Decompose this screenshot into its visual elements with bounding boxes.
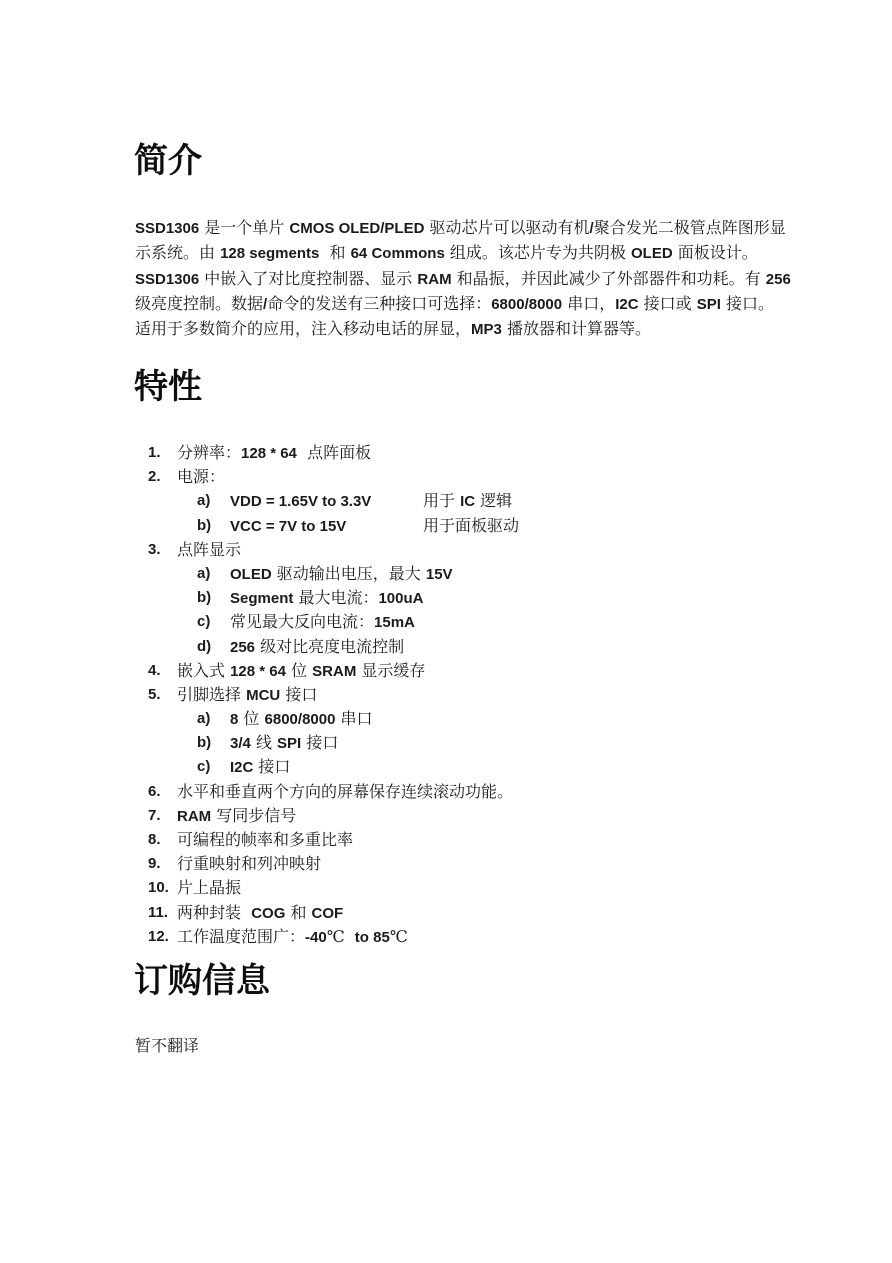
- feature-item: 2.电源：: [135, 465, 815, 489]
- text-run: 聚合发光二极管点阵图形显: [594, 218, 786, 237]
- bold-text-run: 3/4: [230, 735, 251, 752]
- list-marker: 3.: [148, 538, 161, 562]
- text-run: 两种封装: [177, 903, 251, 922]
- list-marker: c): [197, 755, 210, 779]
- bold-text-run: I2C: [230, 759, 253, 776]
- bold-text-run: Segment: [230, 590, 293, 607]
- bold-text-run: 256: [766, 271, 791, 288]
- text-run: 水平和垂直两个方向的屏幕保存连续滚动功能。: [177, 782, 513, 801]
- section-heading-intro: 简介: [134, 141, 202, 181]
- bold-text-run: VDD = 1.65V to 3.3V: [230, 490, 423, 514]
- bold-text-run: RAM: [417, 271, 451, 288]
- text-run: 点阵显示: [177, 540, 241, 559]
- feature-subitem: a)OLED 驱动输出电压，最大 15V: [135, 562, 815, 586]
- list-marker: 8.: [148, 828, 161, 852]
- text-run: 接口或: [639, 294, 697, 313]
- text-run: 接口: [301, 733, 338, 752]
- text-run: 接口: [280, 685, 317, 704]
- list-item-text: 3/4 线 SPI 接口: [230, 731, 338, 756]
- list-marker: 5.: [148, 683, 161, 707]
- bold-text-run: OLED: [230, 566, 272, 583]
- text-run: 片上晶振: [177, 878, 241, 897]
- list-marker: 1.: [148, 441, 161, 465]
- list-item-text: RAM 写同步信号: [177, 804, 296, 829]
- list-item-text: 常见最大反向电流：15mA: [230, 610, 415, 635]
- bold-text-run: 6800/8000: [265, 711, 336, 728]
- bold-text-run: SSD1306: [135, 220, 199, 237]
- text-run: [345, 927, 355, 946]
- list-item-text: 点阵显示: [177, 538, 241, 562]
- feature-subitem: b)VCC = 7V to 15V用于面板驱动: [135, 514, 815, 538]
- text-run: 是一个单片: [199, 218, 289, 237]
- list-item-text: VCC = 7V to 15V用于面板驱动: [230, 514, 519, 539]
- list-item-text: I2C 接口: [230, 755, 290, 780]
- text-run: 示系统。由: [135, 243, 220, 262]
- bold-text-run: 256: [230, 639, 255, 656]
- feature-subitem: d)256 级对比亮度电流控制: [135, 635, 815, 659]
- bold-text-run: SSD1306: [135, 271, 199, 288]
- list-marker: 6.: [148, 780, 161, 804]
- bold-text-run: 100uA: [378, 590, 423, 607]
- text-run: 逻辑: [475, 491, 512, 510]
- list-marker: a): [197, 489, 210, 513]
- list-item-text: 嵌入式 128 * 64 位 SRAM 显示缓存: [177, 659, 425, 684]
- document-page: 简介 SSD1306 是一个单片 CMOS OLED/PLED 驱动芯片可以驱动…: [0, 0, 892, 1263]
- list-marker: b): [197, 586, 211, 610]
- section-heading-features: 特性: [134, 367, 202, 407]
- text-run: 驱动芯片可以驱动有机: [424, 218, 589, 237]
- bold-text-run: CMOS OLED/PLED: [289, 220, 424, 237]
- text-run: 驱动输出电压，最大: [272, 564, 426, 583]
- list-item-text: 片上晶振: [177, 876, 241, 900]
- bold-text-run: 128 * 64: [230, 663, 286, 680]
- list-item-text: 可编程的帧率和多重比率: [177, 828, 353, 852]
- features-list: 1.分辨率：128 * 64 点阵面板2.电源：a)VDD = 1.65V to…: [135, 441, 815, 949]
- feature-item: 9.行重映射和列冲映射: [135, 852, 815, 876]
- bold-text-run: IC: [460, 493, 475, 510]
- bold-text-run: SPI: [697, 296, 721, 313]
- text-run: 面板设计。: [673, 243, 758, 262]
- text-run: 工作温度范围广：: [177, 927, 305, 946]
- bold-text-run: 64 Commons: [351, 245, 445, 262]
- bold-text-run: SRAM: [312, 663, 356, 680]
- feature-subitem: c)I2C 接口: [135, 755, 815, 779]
- list-marker: 12.: [148, 925, 169, 949]
- text-run: 和: [285, 903, 311, 922]
- text-run: 线: [251, 733, 277, 752]
- text-run: 中嵌入了对比度控制器、显示: [199, 269, 417, 288]
- text-run: 组成。该芯片专为共阴极: [445, 243, 631, 262]
- list-item-text: 8 位 6800/8000 串口: [230, 707, 373, 732]
- intro-paragraph-line: SSD1306 是一个单片 CMOS OLED/PLED 驱动芯片可以驱动有机/…: [135, 215, 775, 240]
- text-run: 接口: [253, 757, 290, 776]
- text-run: ℃: [327, 927, 345, 946]
- text-run: 位: [238, 709, 264, 728]
- feature-subitem: b)3/4 线 SPI 接口: [135, 731, 815, 755]
- bold-text-run: -40: [305, 929, 327, 946]
- feature-subitem: c)常见最大反向电流：15mA: [135, 610, 815, 634]
- intro-paragraph-line: 级亮度控制。数据/命令的发送有三种接口可选择：6800/8000 串口，I2C …: [135, 291, 775, 316]
- text-run: 电源：: [177, 467, 225, 486]
- text-run: 位: [286, 661, 312, 680]
- bold-text-run: I2C: [615, 296, 638, 313]
- feature-item: 5.引脚选择 MCU 接口: [135, 683, 815, 707]
- list-marker: d): [197, 635, 211, 659]
- list-item-text: VDD = 1.65V to 3.3V用于 IC 逻辑: [230, 489, 512, 514]
- bold-text-run: 128 * 64: [241, 445, 297, 462]
- bold-text-run: 6800/8000: [491, 296, 562, 313]
- bold-text-run: RAM: [177, 808, 211, 825]
- bold-text-run: MCU: [246, 687, 280, 704]
- feature-item: 8.可编程的帧率和多重比率: [135, 828, 815, 852]
- intro-paragraph-line: 示系统。由 128 segments 和 64 Commons 组成。该芯片专为…: [135, 240, 775, 265]
- bold-text-run: COG: [251, 905, 285, 922]
- text-run: 播放器和计算器等。: [502, 319, 651, 338]
- text-run: 写同步信号: [211, 806, 296, 825]
- text-run: 串口: [335, 709, 372, 728]
- text-run: 可编程的帧率和多重比率: [177, 830, 353, 849]
- text-run: 嵌入式: [177, 661, 230, 680]
- text-run: 串口，: [562, 294, 615, 313]
- list-item-text: 引脚选择 MCU 接口: [177, 683, 317, 708]
- list-item-text: 256 级对比亮度电流控制: [230, 635, 404, 660]
- bold-text-run: COF: [312, 905, 344, 922]
- list-marker: 9.: [148, 852, 161, 876]
- feature-item: 7.RAM 写同步信号: [135, 804, 815, 828]
- list-item-text: OLED 驱动输出电压，最大 15V: [230, 562, 453, 587]
- list-item-text: 行重映射和列冲映射: [177, 852, 321, 876]
- bold-text-run: VCC = 7V to 15V: [230, 515, 423, 539]
- text-run: 和晶振，并因此减少了外部器件和功耗。有: [452, 269, 766, 288]
- list-marker: b): [197, 514, 211, 538]
- text-run: 常见最大反向电流：: [230, 612, 374, 631]
- list-item-text: 工作温度范围广：-40℃ to 85℃: [177, 925, 408, 950]
- intro-paragraph-line: 适用于多数简介的应用，注入移动电话的屏显，MP3 播放器和计算器等。: [135, 316, 775, 341]
- text-run: 分辨率：: [177, 443, 241, 462]
- text-run: ℃: [390, 927, 408, 946]
- list-marker: b): [197, 731, 211, 755]
- list-item-text: Segment 最大电流：100uA: [230, 586, 423, 611]
- feature-item: 4.嵌入式 128 * 64 位 SRAM 显示缓存: [135, 659, 815, 683]
- bold-text-run: 15mA: [374, 614, 415, 631]
- feature-item: 6.水平和垂直两个方向的屏幕保存连续滚动功能。: [135, 780, 815, 804]
- list-marker: 11.: [148, 901, 168, 925]
- text-run: 最大电流：: [293, 588, 378, 607]
- bold-text-run: OLED: [631, 245, 673, 262]
- bold-text-run: SPI: [277, 735, 301, 752]
- feature-item: 10.片上晶振: [135, 876, 815, 900]
- list-marker: a): [197, 562, 210, 586]
- ordering-note: 暂不翻译: [135, 1036, 199, 1056]
- text-run: 和: [319, 243, 350, 262]
- intro-paragraph: SSD1306 是一个单片 CMOS OLED/PLED 驱动芯片可以驱动有机/…: [135, 215, 775, 341]
- section-heading-ordering: 订购信息: [134, 961, 270, 1001]
- bold-text-run: 128 segments: [220, 245, 319, 262]
- list-marker: c): [197, 610, 210, 634]
- list-item-text: 电源：: [177, 465, 225, 489]
- feature-item: 3.点阵显示: [135, 538, 815, 562]
- feature-item: 11.两种封装 COG 和 COF: [135, 901, 815, 925]
- list-item-text: 水平和垂直两个方向的屏幕保存连续滚动功能。: [177, 780, 513, 804]
- list-marker: 2.: [148, 465, 161, 489]
- list-marker: 10.: [148, 876, 169, 900]
- list-marker: 4.: [148, 659, 161, 683]
- text-run: 点阵面板: [297, 443, 371, 462]
- list-marker: 7.: [148, 804, 161, 828]
- feature-subitem: b)Segment 最大电流：100uA: [135, 586, 815, 610]
- list-marker: a): [197, 707, 210, 731]
- intro-paragraph-line: SSD1306 中嵌入了对比度控制器、显示 RAM 和晶振，并因此减少了外部器件…: [135, 266, 775, 291]
- feature-subitem: a)8 位 6800/8000 串口: [135, 707, 815, 731]
- text-run: 接口。: [721, 294, 774, 313]
- feature-subitem: a)VDD = 1.65V to 3.3V用于 IC 逻辑: [135, 489, 815, 513]
- text-run: 适用于多数简介的应用，注入移动电话的屏显，: [135, 319, 471, 338]
- text-run: 用于面板驱动: [423, 516, 519, 535]
- text-run: 行重映射和列冲映射: [177, 854, 321, 873]
- feature-item: 12.工作温度范围广：-40℃ to 85℃: [135, 925, 815, 949]
- text-run: 引脚选择: [177, 685, 246, 704]
- bold-text-run: 15V: [426, 566, 453, 583]
- list-item-text: 分辨率：128 * 64 点阵面板: [177, 441, 371, 466]
- list-item-text: 两种封装 COG 和 COF: [177, 901, 343, 926]
- text-run: 级对比亮度电流控制: [255, 637, 404, 656]
- text-run: 命令的发送有三种接口可选择：: [267, 294, 491, 313]
- text-run: 显示缓存: [356, 661, 425, 680]
- text-run: 用于: [423, 491, 460, 510]
- bold-text-run: to 85: [355, 929, 390, 946]
- text-run: 级亮度控制。数据: [135, 294, 263, 313]
- feature-item: 1.分辨率：128 * 64 点阵面板: [135, 441, 815, 465]
- bold-text-run: MP3: [471, 321, 502, 338]
